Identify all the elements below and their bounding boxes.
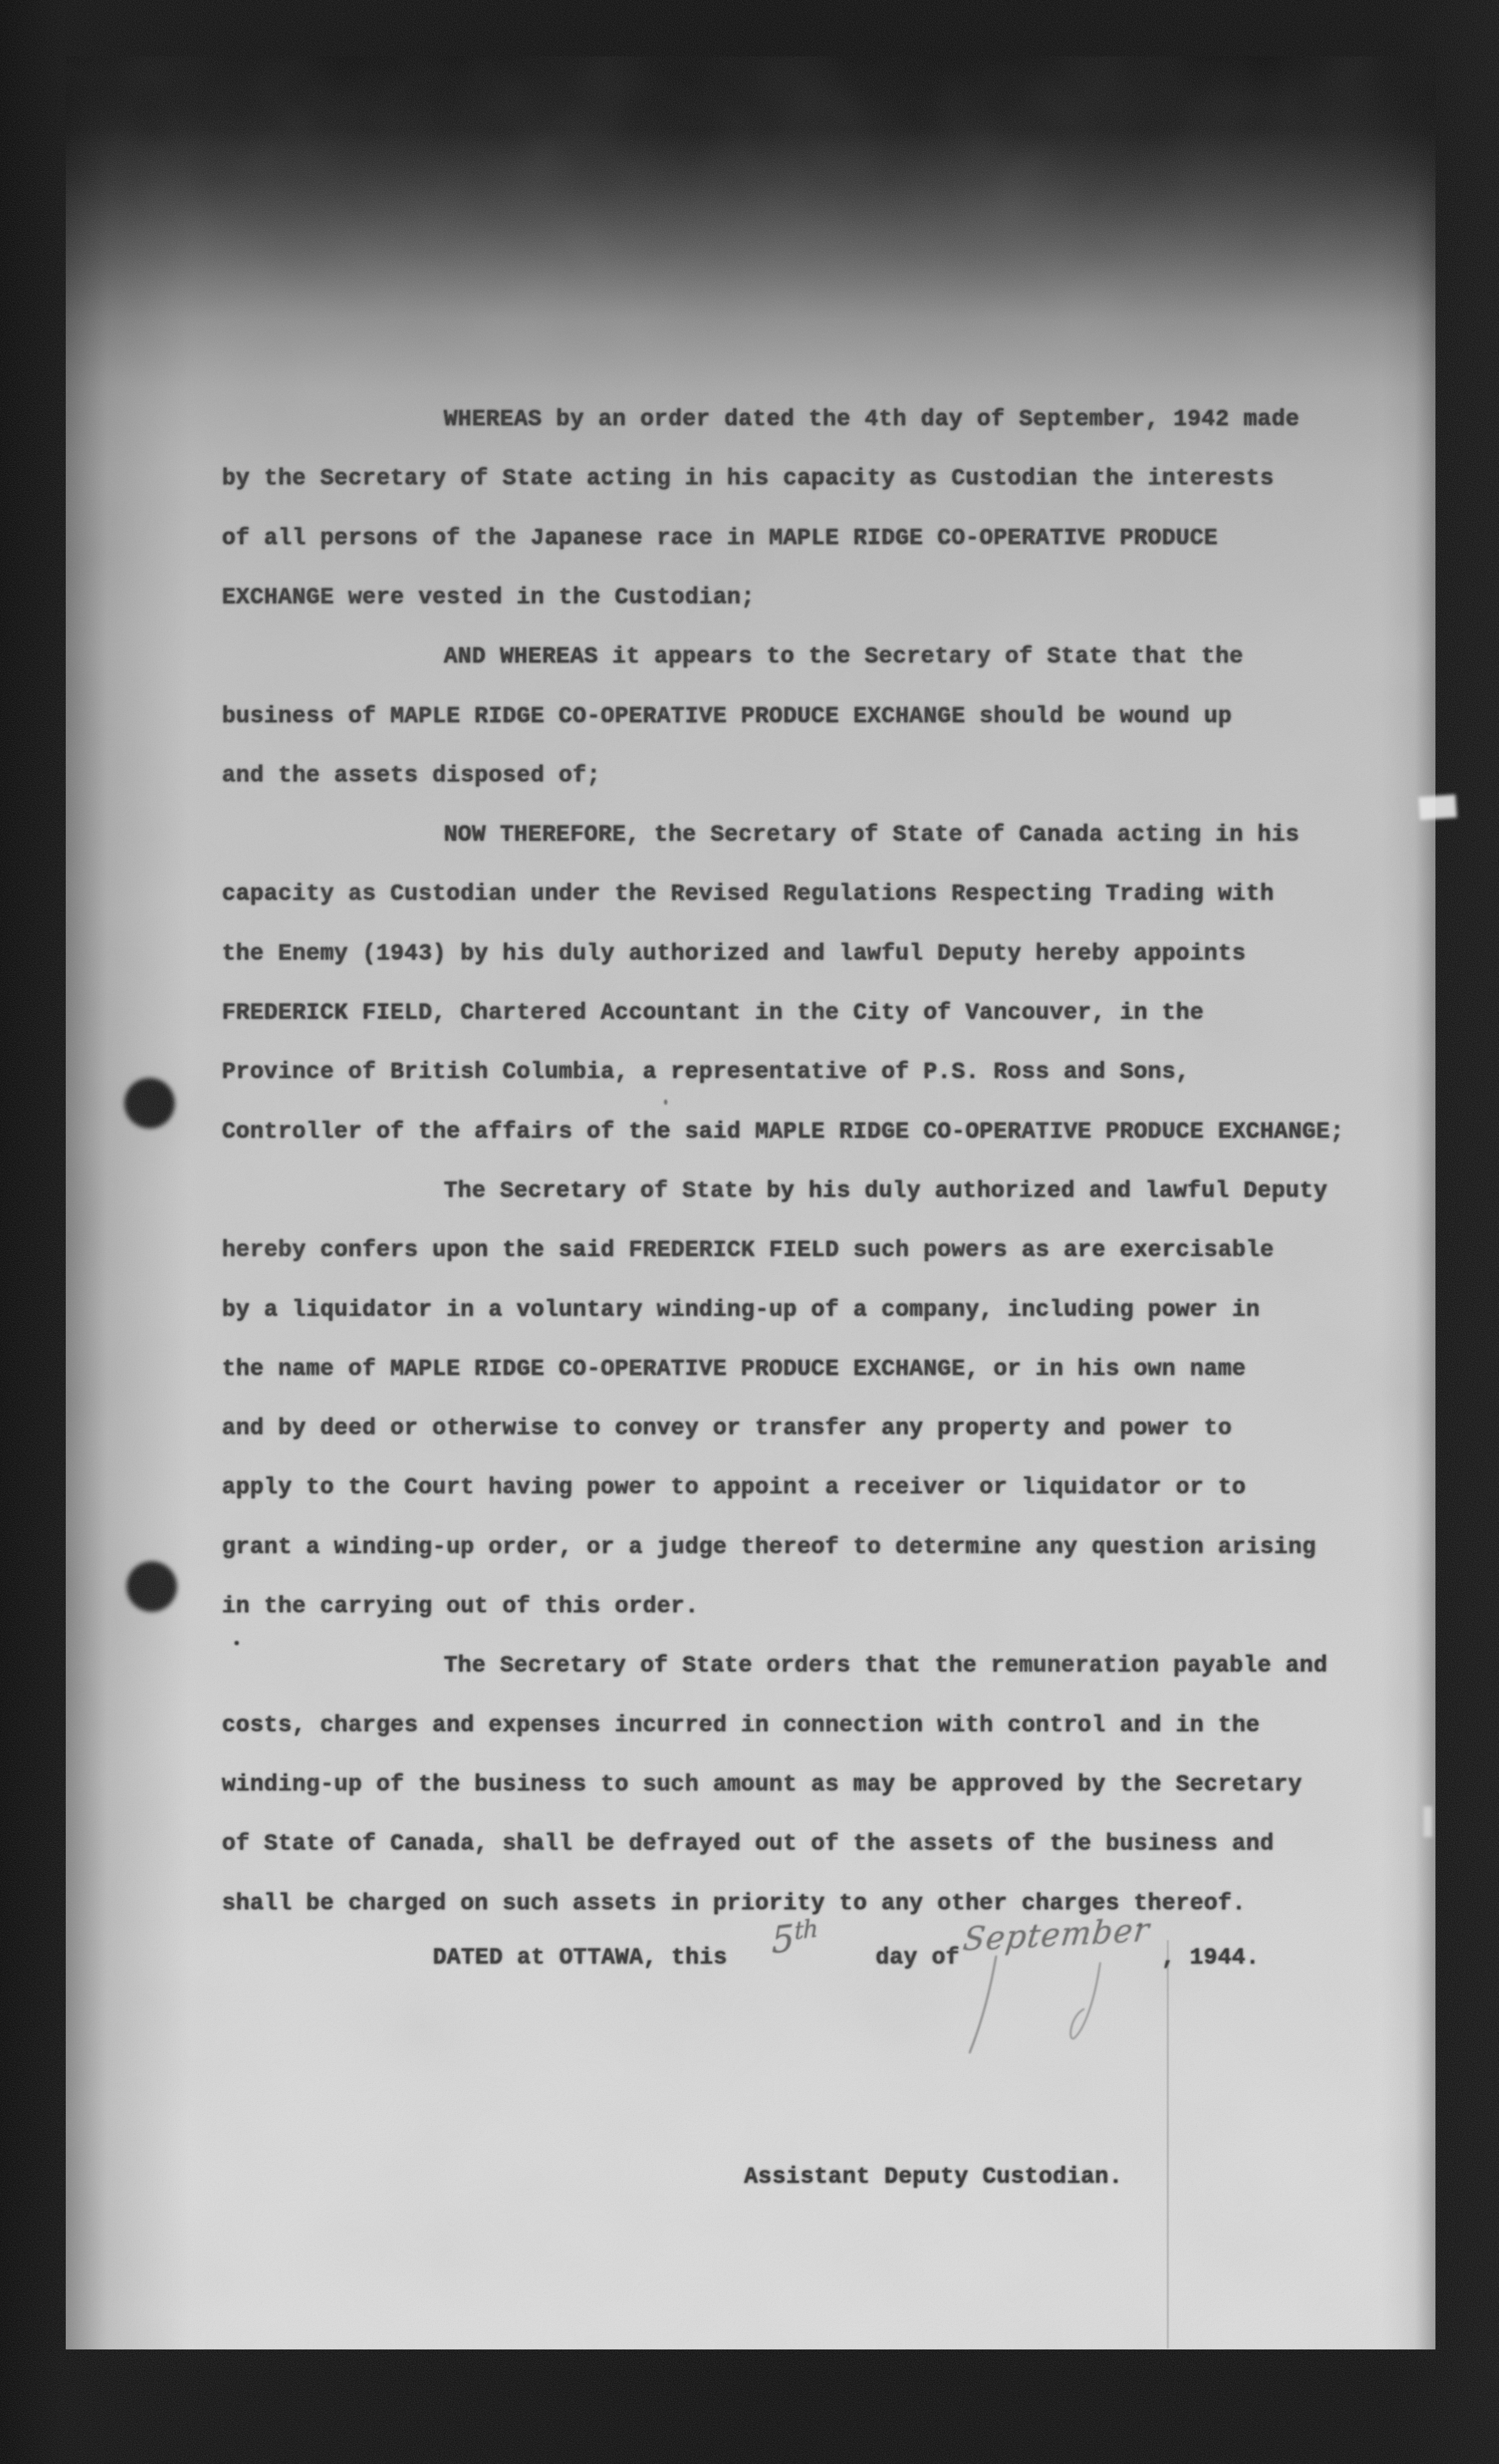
- document-line: hereby confers upon the said FREDERICK F…: [222, 1236, 1274, 1264]
- document-line: in the carrying out of this order.: [222, 1593, 699, 1620]
- dust-speck: [664, 1099, 667, 1105]
- document-line: EXCHANGE were vested in the Custodian;: [222, 584, 755, 611]
- film-scratch-mark: [1418, 795, 1457, 820]
- dated-line-prefix: DATED at OTTAWA, this: [433, 1944, 728, 1971]
- document-line: of State of Canada, shall be defrayed ou…: [222, 1830, 1274, 1857]
- document-line: The Secretary of State by his duly autho…: [444, 1177, 1328, 1205]
- document-text: DATED at OTTAWA, this 5th day of Septemb…: [0, 0, 1499, 2464]
- handwritten-day-number: 5: [771, 1917, 795, 1963]
- handwriting-flourish: [953, 1940, 1183, 2083]
- document-line: costs, charges and expenses incurred in …: [222, 1712, 1260, 1739]
- document-line: The Secretary of State orders that the r…: [444, 1652, 1328, 1679]
- document-line: Province of British Columbia, a represen…: [222, 1058, 1190, 1086]
- document-line: capacity as Custodian under the Revised …: [222, 880, 1274, 908]
- document-line: business of MAPLE RIDGE CO-OPERATIVE PRO…: [222, 703, 1232, 730]
- film-scratch-mark-small: [1423, 1806, 1432, 1837]
- document-line: WHEREAS by an order dated the 4th day of…: [444, 406, 1300, 433]
- document-line: and the assets disposed of;: [222, 762, 600, 789]
- document-line: grant a winding-up order, or a judge the…: [222, 1533, 1316, 1561]
- document-line: NOW THEREFORE, the Secretary of State of…: [444, 821, 1300, 848]
- document-line: by a liquidator in a voluntary winding-u…: [222, 1296, 1260, 1324]
- signature-title-line: Assistant Deputy Custodian.: [744, 2164, 1123, 2190]
- document-line: winding-up of the business to such amoun…: [222, 1771, 1302, 1798]
- document-line: by the Secretary of State acting in his …: [222, 465, 1274, 492]
- document-line: and by deed or otherwise to convey or tr…: [222, 1414, 1232, 1442]
- dust-speck: [1138, 1923, 1142, 1926]
- document-line: AND WHEREAS it appears to the Secretary …: [444, 643, 1243, 670]
- document-line: the name of MAPLE RIDGE CO-OPERATIVE PRO…: [222, 1355, 1246, 1383]
- document-line: shall be charged on such assets in prior…: [222, 1890, 1246, 1917]
- film-frame: DATED at OTTAWA, this 5th day of Septemb…: [0, 0, 1499, 2464]
- document-line: FREDERICK FIELD, Chartered Accountant in…: [222, 999, 1204, 1026]
- vertical-scratch-line: [1167, 1940, 1169, 2348]
- handwritten-day-suffix: th: [794, 1915, 817, 1946]
- document-line: the Enemy (1943) by his duly authorized …: [222, 940, 1246, 967]
- dated-line-middle: day of: [876, 1944, 960, 1971]
- document-line: of all persons of the Japanese race in M…: [222, 524, 1218, 552]
- dust-speck: [234, 1641, 239, 1645]
- handwritten-day: 5th: [771, 1914, 818, 1963]
- document-line: apply to the Court having power to appoi…: [222, 1474, 1246, 1501]
- document-line: Controller of the affairs of the said MA…: [222, 1118, 1344, 1145]
